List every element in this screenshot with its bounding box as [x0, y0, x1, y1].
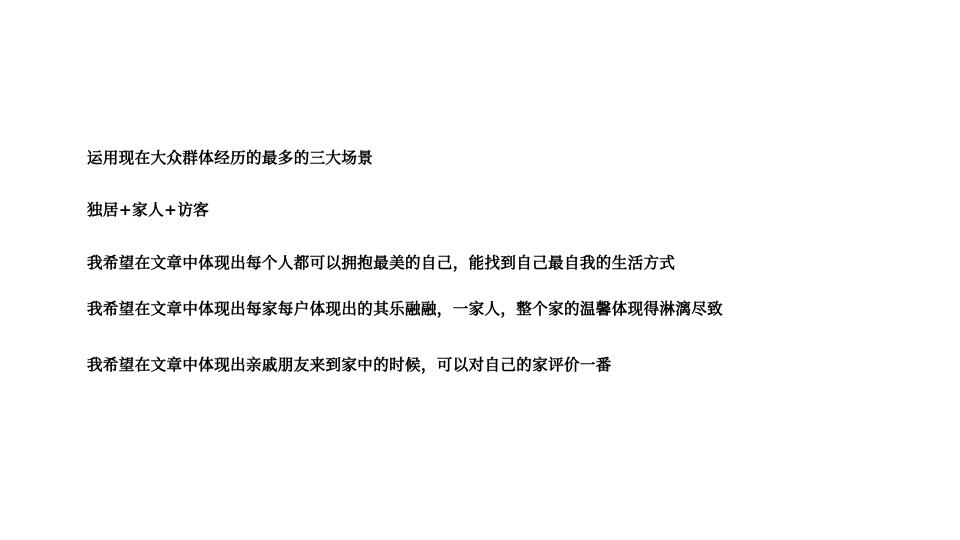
- heading-three-scenarios: 运用现在大众群体经历的最多的三大场景: [87, 148, 373, 168]
- goal-line-visitors: 我希望在文章中体现出亲戚朋友来到家中的时候，可以对自己的家评价一番: [87, 355, 612, 375]
- scenario-list: 独居+家人+访客: [87, 200, 209, 220]
- slide: 运用现在大众群体经历的最多的三大场景 独居+家人+访客 我希望在文章中体现出每个…: [0, 0, 960, 540]
- goal-line-individual: 我希望在文章中体现出每个人都可以拥抱最美的自己，能找到自己最自我的生活方式: [87, 253, 675, 273]
- goal-line-family: 我希望在文章中体现出每家每户体现出的其乐融融，一家人，整个家的温馨体现得淋漓尽致: [87, 299, 723, 319]
